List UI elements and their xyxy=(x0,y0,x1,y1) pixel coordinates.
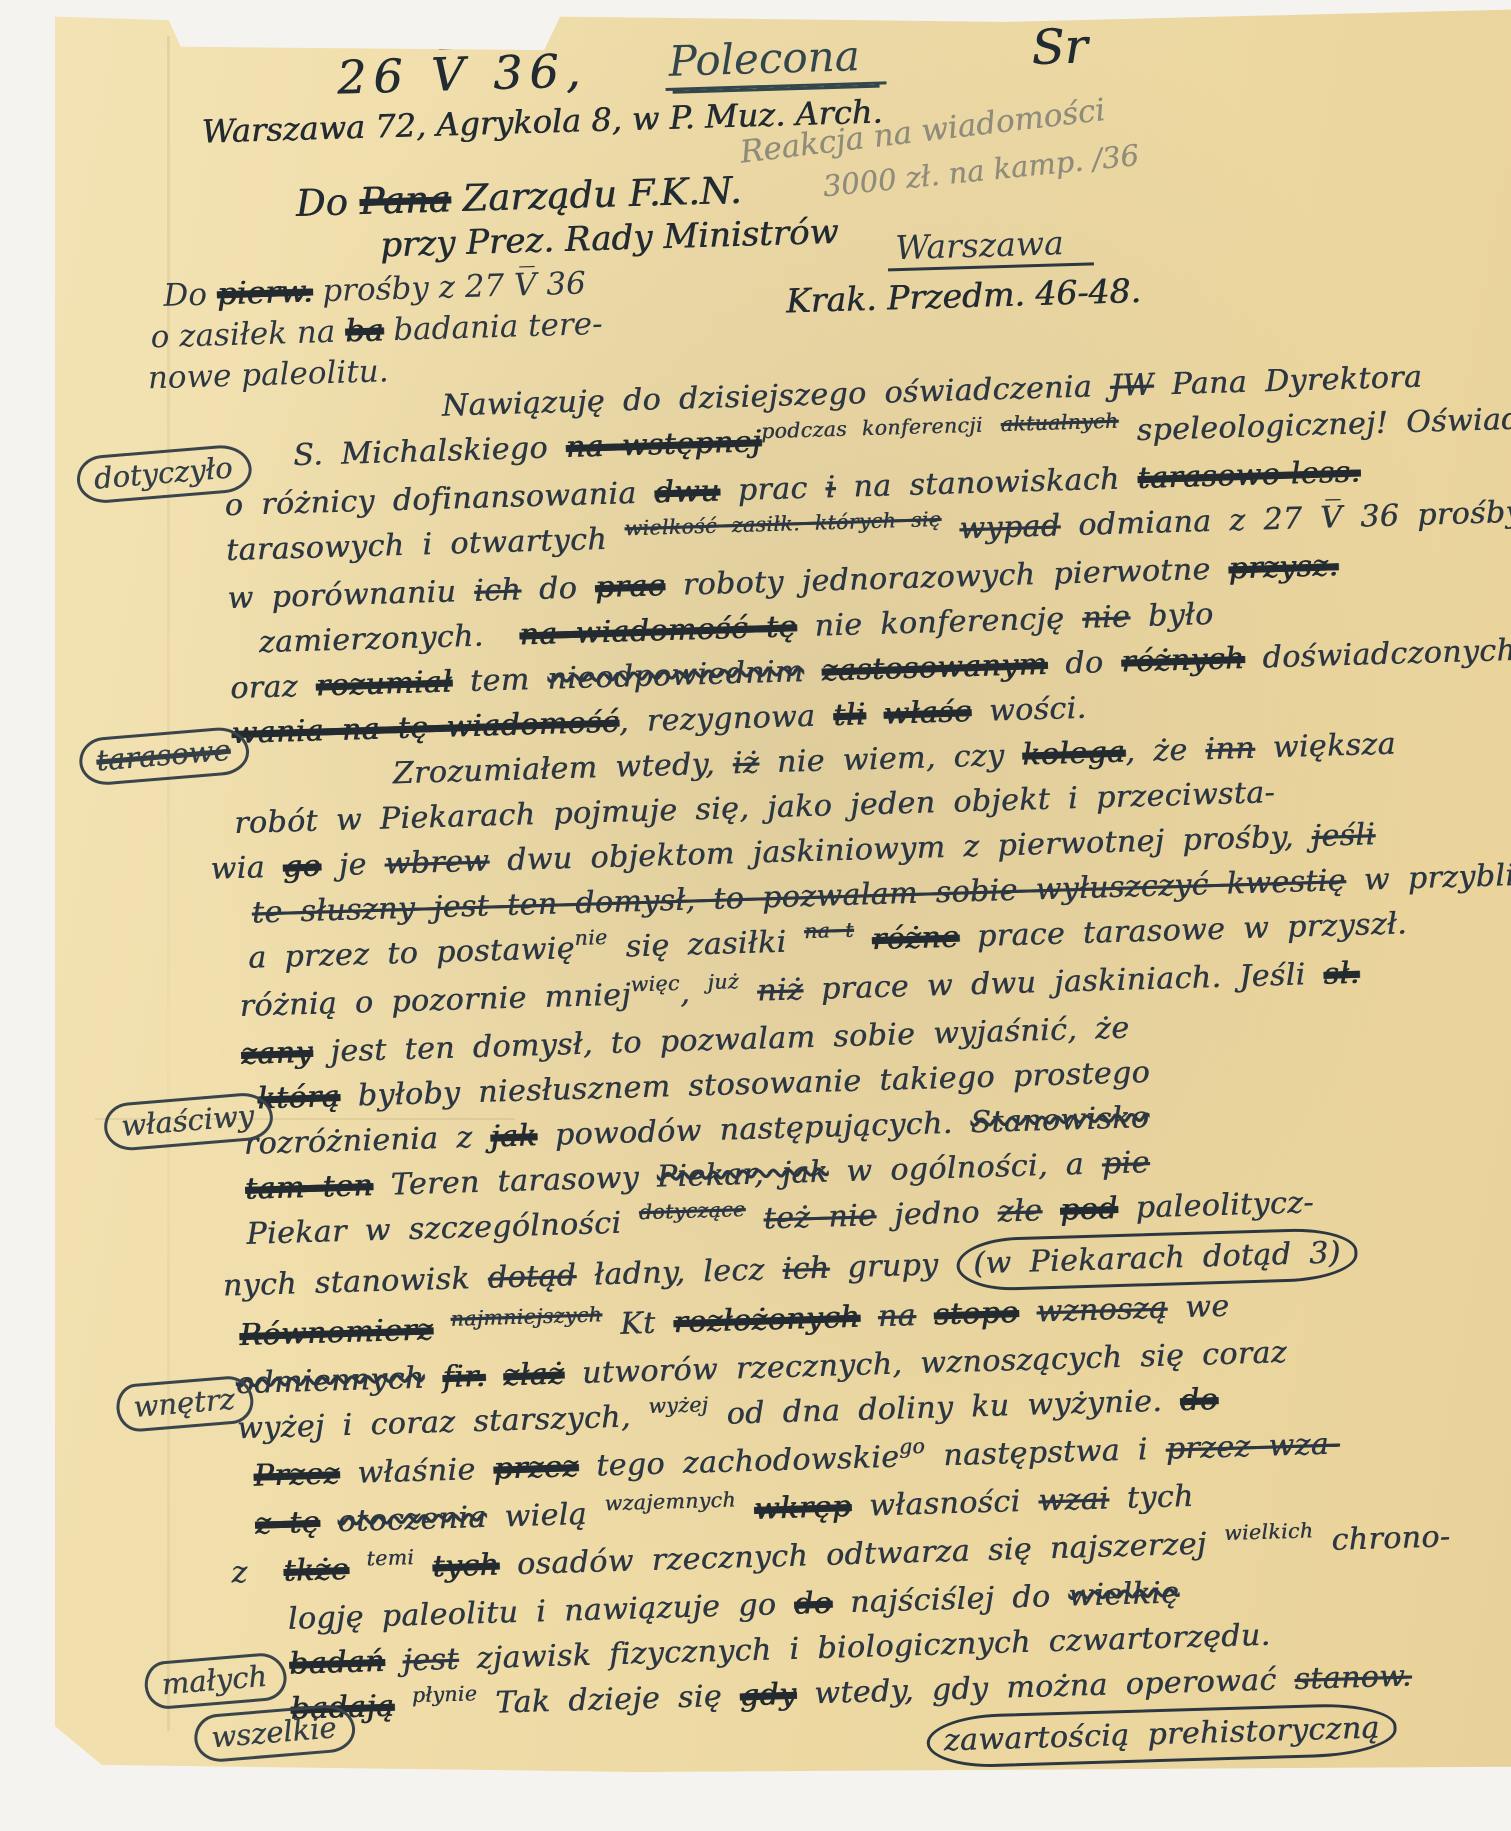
text-segment: go xyxy=(899,1434,926,1459)
text-segment: z tę xyxy=(254,1505,320,1542)
text-segment: na stanowiskach xyxy=(835,461,1138,505)
text-segment: wyżej i coraz starszych, xyxy=(237,1399,649,1446)
text-segment: zamierzonych. xyxy=(258,618,520,661)
text-segment: o zasiłek na xyxy=(150,314,345,356)
text-segment: , że xyxy=(1125,732,1206,769)
text-segment: wzai xyxy=(1038,1481,1110,1518)
text-segment: ich xyxy=(474,572,522,608)
text-segment: tem xyxy=(452,662,548,700)
text-segment: dwu xyxy=(654,474,720,511)
text-segment: do xyxy=(1179,1382,1218,1418)
text-segment: nieodpowiednim xyxy=(547,654,804,697)
text-segment: Teren tarasowy xyxy=(372,1160,657,1203)
text-segment xyxy=(859,1299,878,1335)
text-segment: w przybli- xyxy=(1345,858,1511,898)
text-segment: go xyxy=(282,849,321,885)
text-segment: tkże xyxy=(283,1552,349,1589)
text-segment xyxy=(414,1550,433,1586)
text-segment: ładny, lecz xyxy=(576,1252,783,1293)
text-segment: wtedy, gdy można operować xyxy=(796,1662,1295,1712)
text-segment xyxy=(941,511,960,547)
text-segment: jest xyxy=(402,1642,459,1679)
text-segment xyxy=(853,922,872,958)
text-segment: Pana Dyrektora xyxy=(1153,360,1423,403)
text-segment: stopo xyxy=(933,1295,1019,1332)
text-segment: przez wza- xyxy=(1165,1427,1340,1467)
text-segment: aktualnych xyxy=(1000,409,1118,436)
text-segment xyxy=(983,417,1002,453)
text-segment: na t xyxy=(804,918,854,943)
text-segment: wielkich xyxy=(1224,1519,1314,1546)
text-segment: na wiadomość tę xyxy=(519,609,797,652)
text-segment: je xyxy=(320,847,385,884)
text-segment: Do xyxy=(295,180,360,225)
text-segment: różnych xyxy=(1121,641,1245,680)
text-segment: doświadczonych, urzędo- xyxy=(1244,629,1511,676)
text-segment: wkręp xyxy=(754,1489,852,1527)
text-segment: jedno xyxy=(876,1195,999,1234)
text-segment: nie xyxy=(1082,599,1131,635)
text-segment: Stanowisko xyxy=(970,1100,1150,1140)
registered-mail-label: Polecona xyxy=(664,30,886,86)
text-segment: , rezygnowa xyxy=(618,698,833,739)
text-segment: Pana xyxy=(359,177,451,223)
text-segment xyxy=(485,1358,504,1394)
text-segment: zany xyxy=(241,1035,314,1072)
text-segment: , xyxy=(679,975,708,1011)
text-segment xyxy=(736,1492,755,1528)
text-segment: większa xyxy=(1254,727,1396,766)
text-segment: rozumiał xyxy=(315,665,452,704)
text-segment: więc xyxy=(630,971,680,996)
text-segment: właśc xyxy=(883,694,971,732)
text-segment: tarasowo-less. xyxy=(1137,455,1361,497)
text-segment: gdy xyxy=(739,1677,797,1714)
scanned-letter-page: 26 V̅ 36, Polecona Sr Warszawa 72, Agryk… xyxy=(0,0,1511,1831)
text-segment: zastosowanym xyxy=(821,647,1048,689)
text-segment: pod xyxy=(1059,1191,1118,1228)
text-segment xyxy=(803,654,822,690)
text-segment: a przez to postawię xyxy=(248,931,576,976)
corner-initials: Sr xyxy=(1031,18,1088,76)
text-segment: płynie xyxy=(411,1682,477,1708)
text-segment: tam ten xyxy=(245,1168,374,1207)
text-segment: chrono- xyxy=(1313,1519,1451,1558)
text-segment: złaż xyxy=(503,1357,565,1394)
text-segment: nie wiem, czy xyxy=(758,738,1022,781)
text-segment: S. Michalskiego xyxy=(293,430,567,473)
letter-content: 26 V̅ 36, Polecona Sr Warszawa 72, Agryk… xyxy=(35,0,1511,1789)
text-segment: nie konferencję xyxy=(796,601,1083,644)
text-segment: przysz. xyxy=(1228,548,1339,586)
text-segment: badań xyxy=(289,1644,386,1682)
text-segment: już xyxy=(707,970,739,995)
text-segment: tych xyxy=(1108,1479,1194,1516)
text-segment: właśnie xyxy=(339,1452,494,1492)
text-segment: powodów następujących. xyxy=(536,1105,971,1153)
text-segment xyxy=(319,1504,338,1540)
text-segment: złe xyxy=(997,1193,1043,1229)
text-segment: temi xyxy=(366,1545,414,1570)
text-segment: JW xyxy=(1109,368,1154,404)
text-segment: różnią o pozornie mniej xyxy=(239,977,631,1024)
text-segment: grupy xyxy=(829,1247,957,1286)
text-segment: wielą xyxy=(486,1496,605,1534)
text-segment: prace tarasowe w przyszł. xyxy=(959,906,1408,954)
text-segment: wbrew xyxy=(384,844,490,882)
text-segment: paleolitycz- xyxy=(1117,1185,1314,1226)
text-segment xyxy=(1018,1294,1037,1330)
text-segment: ba xyxy=(345,312,384,349)
recipient-city: Warszawa xyxy=(887,222,1094,267)
text-segment: prac xyxy=(719,470,826,508)
text-segment: tych xyxy=(432,1548,500,1585)
text-segment: prośby z 27 V̅ 36 xyxy=(312,265,586,309)
recipient-city-text: Warszawa xyxy=(887,222,1095,271)
text-segment: prac xyxy=(594,568,665,605)
text-segment: na wstępnej xyxy=(565,424,762,465)
text-segment: Piekar, jak xyxy=(656,1155,828,1195)
text-segment: wości. xyxy=(970,691,1086,729)
text-segment: do xyxy=(1047,645,1122,682)
text-segment: niż xyxy=(757,972,804,1008)
text-segment: podczas konferencji xyxy=(761,413,983,444)
text-segment: tego zachodowskie xyxy=(578,1440,900,1485)
text-segment xyxy=(865,697,884,733)
text-segment: w ogólności, a xyxy=(828,1146,1103,1189)
text-segment: wia xyxy=(210,850,283,887)
text-segment: w porównaniu xyxy=(227,574,475,616)
text-segment xyxy=(1042,1193,1061,1229)
text-segment: pierw. xyxy=(216,274,313,313)
text-segment: przez xyxy=(493,1449,579,1487)
text-segment: wzajemnych xyxy=(604,1488,736,1516)
text-segment: następstwa i xyxy=(925,1432,1166,1474)
registered-mail-text: Polecona xyxy=(664,30,887,91)
text-segment: dotyczące xyxy=(639,1197,746,1224)
text-segment xyxy=(384,1643,403,1679)
text-segment: najściślej do xyxy=(832,1579,1069,1621)
text-segment: inn xyxy=(1205,731,1255,767)
text-segment: iż xyxy=(732,745,759,781)
text-segment: do xyxy=(521,570,596,607)
text-segment: tli xyxy=(833,697,866,733)
text-segment xyxy=(739,974,758,1010)
text-segment: wypad xyxy=(959,508,1061,546)
text-segment: dotąd xyxy=(487,1258,576,1296)
letter-sheet: 26 V̅ 36, Polecona Sr Warszawa 72, Agryk… xyxy=(55,6,1511,1772)
text-segment: jeśli xyxy=(1311,817,1376,854)
text-segment: Do xyxy=(163,276,217,314)
text-segment: Zarządu F.K.N. xyxy=(450,169,742,221)
text-segment: badania tere- xyxy=(383,306,603,348)
text-segment xyxy=(394,1688,413,1724)
text-segment xyxy=(915,1298,934,1334)
text-segment: do xyxy=(794,1586,833,1622)
text-segment: pie xyxy=(1101,1145,1150,1181)
text-segment: też nie xyxy=(763,1198,877,1236)
text-segment xyxy=(745,1202,764,1238)
text-segment: nie xyxy=(574,925,608,950)
text-segment: najmniejszych xyxy=(450,1303,602,1331)
text-segment: kolega xyxy=(1022,735,1126,773)
reference-block: Do pierw. prośby z 27 V̅ 36o zasiłek na … xyxy=(163,263,604,399)
text-segment: tarasowych i otwartych xyxy=(226,521,626,568)
letter-date: 26 V̅ 36, xyxy=(336,43,588,104)
text-segment: wznoszą xyxy=(1036,1291,1168,1330)
text-segment: odmiennych xyxy=(235,1361,425,1402)
text-segment: sł. xyxy=(1323,956,1360,992)
text-segment: własności xyxy=(851,1484,1039,1525)
text-segment: wielkię xyxy=(1068,1575,1180,1613)
text-segment: o różnicy dofinansowania xyxy=(224,475,655,523)
text-segment: Kt xyxy=(602,1305,674,1342)
text-segment: na xyxy=(877,1298,916,1334)
text-segment: oraz xyxy=(230,669,317,707)
text-segment: ich xyxy=(782,1251,830,1287)
text-segment: różne xyxy=(871,920,959,958)
margin-notes-layer: dotyczyłotarasowewłaściwywnętrzmałychwsz… xyxy=(35,0,1494,24)
text-segment: wania na tę wiadomość xyxy=(231,705,619,751)
text-segment: we xyxy=(1167,1289,1230,1326)
text-segment: Tak dzieje się xyxy=(477,1678,740,1721)
text-segment xyxy=(348,1551,367,1587)
text-segment: jak xyxy=(490,1118,538,1154)
text-segment: nych stanowisk xyxy=(222,1261,488,1304)
text-segment: było xyxy=(1130,597,1214,634)
text-segment: wyżej xyxy=(648,1393,709,1419)
text-segment: fir. xyxy=(442,1359,486,1395)
text-segment: z xyxy=(231,1554,284,1591)
text-segment: rozróżnienia z xyxy=(243,1120,491,1162)
text-segment: rozłożonych xyxy=(673,1300,861,1341)
text-segment: się zasiłki xyxy=(607,924,805,965)
text-segment: Piekar w szczególności xyxy=(246,1205,640,1252)
text-segment xyxy=(424,1360,443,1396)
text-segment xyxy=(432,1312,451,1348)
text-segment: prace w dwu jaskiniach. Jeśli xyxy=(802,957,1323,1007)
text-segment: Przez xyxy=(253,1456,340,1494)
text-segment: otoczenia xyxy=(337,1500,487,1539)
recipient-street: Krak. Przedm. 46-48. xyxy=(785,271,1141,321)
text-segment: od dna doliny ku wyżynie. xyxy=(708,1383,1180,1432)
text-segment: Równomierz xyxy=(239,1312,434,1353)
text-segment: Zrozumiałem wtedy, xyxy=(392,746,733,791)
text-segment: stanow. xyxy=(1294,1659,1412,1697)
letter-body: Nawiązuję do dzisiejszego oświadczenia J… xyxy=(196,351,1511,1789)
